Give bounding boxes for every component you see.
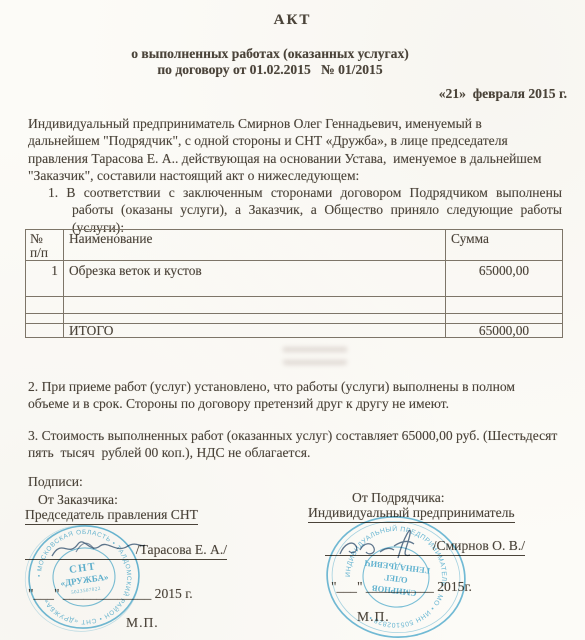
text-line: дальнейшем "Подрядчик", с одной стороны … — [28, 132, 568, 149]
contractor-date-line: "___" __________ 2015г. — [331, 579, 472, 595]
text-line: 3. Стоимость выполненных работ (оказанны… — [28, 427, 568, 444]
table-cell-num: 1 — [26, 261, 64, 297]
text-line: правления Тарасова Е. А.. действующая на… — [28, 150, 568, 167]
customer-stamp-center-1: СНТ — [69, 561, 98, 576]
table-empty-row-1 — [26, 297, 563, 314]
contractor-role: Индивидуальный предприниматель — [308, 505, 515, 523]
paragraph-3: 3. Стоимость выполненных работ (оказанны… — [28, 427, 568, 462]
list-item-1-line-2: работы (оказаны услуги), а Заказчик, а О… — [72, 201, 562, 218]
contractor-seal-label: М.П. — [357, 609, 390, 625]
contractor-stamp-center-3: ГЕННАДЬЕВИЧ — [363, 558, 431, 576]
doc-date: «21» февраля 2015 г. — [439, 86, 567, 102]
table-header-row: № п/п Наименование Сумма — [26, 230, 563, 261]
doc-title: АКТ — [0, 12, 585, 29]
table-cell-sum: 65000,00 — [446, 261, 563, 297]
table-header-name: Наименование — [64, 230, 446, 261]
list-item-1-line-1: 1. В соответствии с заключенным сторонам… — [48, 184, 562, 201]
doc-subtitle-2: по договору от 01.02.2015 № 01/2015 — [0, 62, 540, 78]
total-sum: 65000,00 — [446, 324, 563, 338]
customer-name: /Тарасова Е. А./ — [136, 542, 227, 557]
table-cell-name: Обрезка веток и кустов — [64, 261, 446, 297]
text-line: объеме и в срок. Стороны по договору пре… — [28, 395, 568, 412]
total-label: ИТОГО — [64, 324, 446, 338]
table-row: 1 Обрезка веток и кустов 65000,00 — [26, 261, 563, 297]
text-line: Индивидуальный предприниматель Смирнов О… — [28, 115, 568, 132]
text-line: "Заказчик", составили настоящий акт о ни… — [28, 167, 568, 184]
customer-date-line: "___" _____________ 2015 г. — [28, 586, 193, 602]
customer-role: Председатель правления СНТ — [25, 507, 198, 525]
table-total-row: ИТОГО 65000,00 — [26, 324, 563, 338]
table-header-sum: Сумма — [446, 230, 563, 261]
table-empty-row-2 — [26, 314, 563, 324]
ink-bleed-artifact — [283, 339, 347, 365]
contractor-name: /Смирнов О. В./ — [433, 538, 525, 553]
works-table: № п/п Наименование Сумма 1 Обрезка веток… — [25, 229, 563, 338]
intro-paragraph: Индивидуальный предприниматель Смирнов О… — [28, 115, 568, 185]
signatures-heading: Подписи: — [28, 474, 83, 490]
table-header-num: № п/п — [26, 230, 64, 261]
paragraph-2: 2. При приеме работ (услуг) установлено,… — [28, 378, 568, 413]
act-document-page: АКТ о выполненных работах (оказанных усл… — [0, 0, 585, 640]
customer-party-label: От Заказчика: — [38, 492, 118, 508]
customer-seal-label: М.П. — [126, 615, 159, 631]
doc-subtitle-1: о выполненных работах (оказанных услугах… — [0, 46, 540, 62]
contractor-round-stamp: ИНДИВИДУАЛЬНЫЙ ПРЕДПРИНИМАТЕЛЬ • МО • ИН… — [322, 514, 472, 640]
contractor-party-label: От Подрядчика: — [352, 490, 445, 506]
contractor-signature-line: /Смирнов О. В./ — [325, 538, 525, 556]
text-line: 2. При приеме работ (услуг) установлено,… — [28, 378, 568, 395]
customer-signature-line: /Тарасова Е. А./ — [25, 542, 227, 560]
text-line: пять тысяч рублей 00 коп.), НДС не облаг… — [28, 444, 568, 461]
